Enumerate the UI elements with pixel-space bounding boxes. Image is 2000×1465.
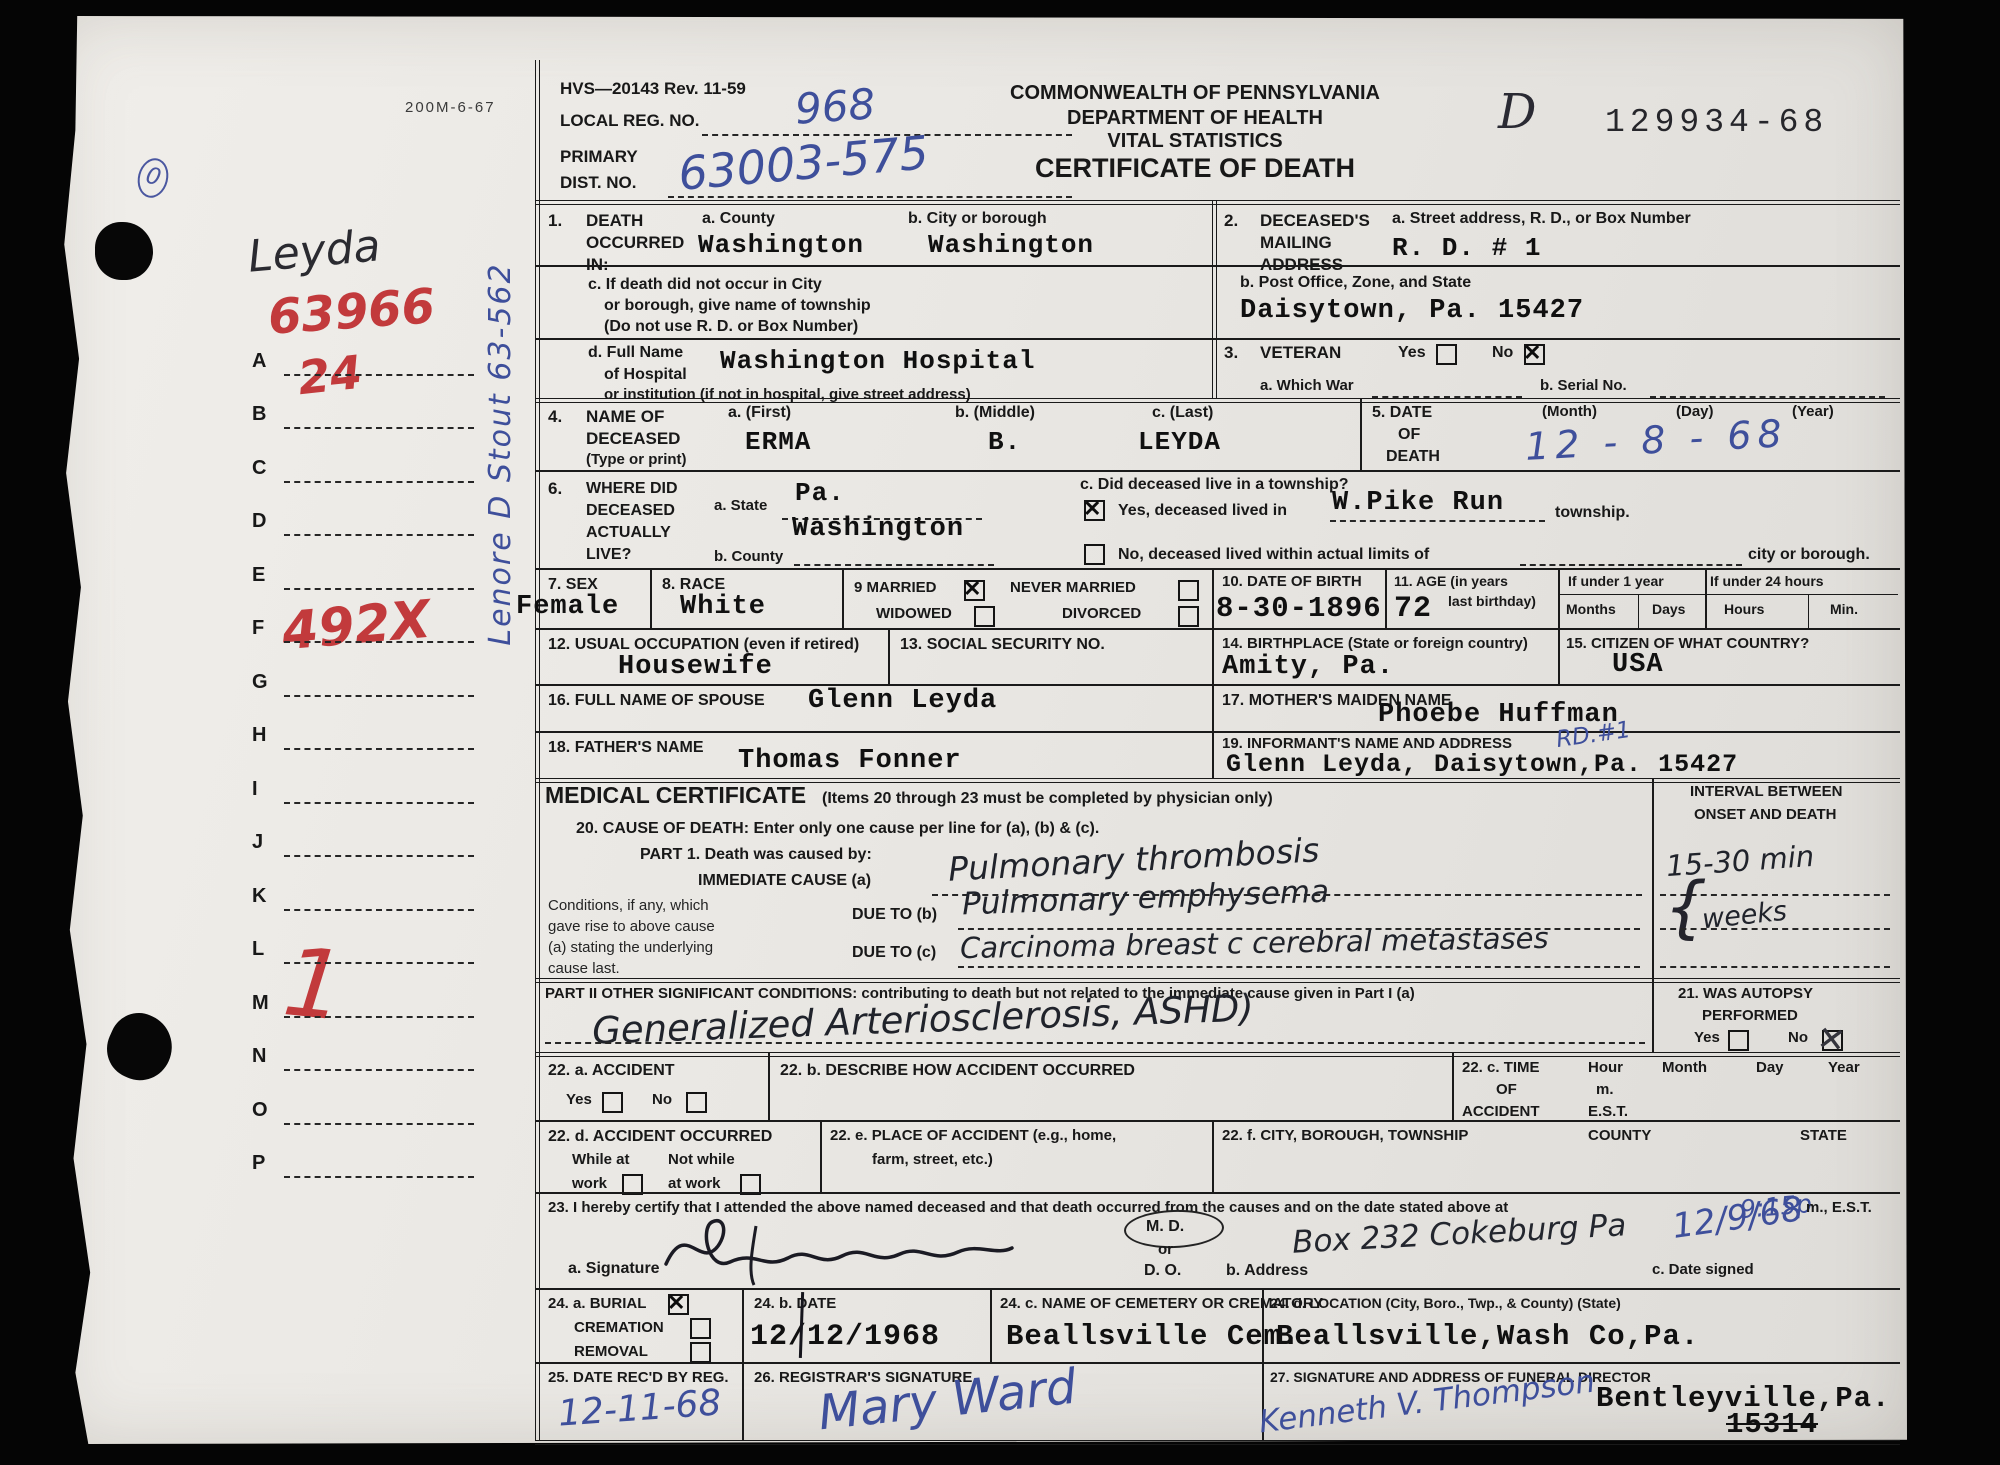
township-no-label: No, deceased lived within actual limits … bbox=[1118, 546, 1429, 564]
index-letter: B bbox=[252, 403, 266, 425]
hours-label: Hours bbox=[1724, 602, 1764, 617]
age-label: 11. AGE (in years bbox=[1394, 574, 1508, 589]
autopsy-yes-label: Yes bbox=[1694, 1030, 1720, 1047]
rule bbox=[535, 1192, 1900, 1194]
veteran-yes-checkbox bbox=[1436, 344, 1457, 365]
org-line-3: VITAL STATISTICS bbox=[960, 130, 1430, 152]
rule bbox=[1212, 265, 1900, 267]
county-label: a. County bbox=[702, 210, 775, 228]
never-married-label: NEVER MARRIED bbox=[1010, 580, 1136, 597]
under-24-hours-label: If under 24 hours bbox=[1710, 574, 1824, 589]
rule bbox=[1705, 594, 1898, 595]
autopsy-label: 21. WAS AUTOPSY bbox=[1678, 986, 1813, 1003]
rule bbox=[768, 1052, 770, 1120]
rule bbox=[535, 628, 1900, 630]
red-file-number: 63966 bbox=[266, 278, 436, 346]
index-rule bbox=[284, 641, 474, 643]
s2-num: 2. bbox=[1224, 212, 1238, 231]
index-rule bbox=[284, 1069, 474, 1071]
part2-rule bbox=[545, 1042, 1645, 1044]
rule bbox=[535, 1440, 1900, 1445]
rule bbox=[535, 1052, 1900, 1057]
index-rule bbox=[284, 1123, 474, 1125]
township-yes-checkbox bbox=[1084, 500, 1105, 521]
rule bbox=[742, 1288, 744, 1362]
citizen-label: 15. CITIZEN OF WHAT COUNTRY? bbox=[1566, 636, 1809, 653]
index-letter: H bbox=[252, 724, 266, 746]
cause-of-death-label: 20. CAUSE OF DEATH: Enter only one cause… bbox=[576, 820, 1099, 838]
accident-city-label: 22. f. CITY, BOROUGH, TOWNSHIP bbox=[1222, 1128, 1468, 1145]
conditions-label: cause last. bbox=[548, 961, 620, 978]
s5-label: OF bbox=[1398, 426, 1420, 444]
certificate-title: CERTIFICATE OF DEATH bbox=[960, 154, 1430, 184]
s6-label: DECEASED bbox=[586, 502, 675, 520]
rule bbox=[535, 470, 1900, 472]
time-of-accident-label3: ACCIDENT bbox=[1462, 1104, 1540, 1121]
widowed-checkbox bbox=[974, 606, 995, 627]
hospital-name-value: Washington Hospital bbox=[720, 346, 1035, 376]
index-rule bbox=[284, 695, 474, 697]
burial-label: 24. a. BURIAL bbox=[548, 1296, 646, 1313]
rule bbox=[742, 1362, 744, 1440]
township-no-checkbox bbox=[1084, 544, 1105, 565]
s1c-label: (Do not use R. D. or Box Number) bbox=[604, 318, 858, 336]
veteran-no-checkbox bbox=[1524, 344, 1545, 365]
day-label: Day bbox=[1756, 1060, 1784, 1077]
veteran-no-label: No bbox=[1492, 344, 1513, 362]
city-borough-label: b. City or borough bbox=[908, 210, 1047, 228]
index-letter: G bbox=[252, 671, 268, 693]
dist-no-label: DIST. NO. bbox=[560, 174, 637, 193]
not-while-label: Not while bbox=[668, 1152, 735, 1169]
index-rule bbox=[284, 962, 474, 964]
due-to-c-label: DUE TO (c) bbox=[852, 944, 936, 962]
index-letter: C bbox=[252, 457, 266, 479]
rule bbox=[842, 568, 844, 628]
first-name-value: ERMA bbox=[745, 427, 811, 457]
certify-time-suffix: m., E.S.T. bbox=[1806, 1200, 1872, 1217]
index-letter: F bbox=[252, 617, 264, 639]
index-letter: A bbox=[252, 350, 266, 372]
month-label: Month bbox=[1662, 1060, 1707, 1077]
m-label: m. bbox=[1596, 1082, 1614, 1099]
autopsy-no-label: No bbox=[1788, 1030, 1808, 1047]
rule bbox=[535, 338, 1212, 340]
min-label: Min. bbox=[1830, 602, 1858, 617]
describe-accident-label: 22. b. DESCRIBE HOW ACCIDENT OCCURRED bbox=[780, 1062, 1135, 1080]
index-letter: K bbox=[252, 885, 266, 907]
rule bbox=[1212, 731, 1214, 778]
punch-hole-top bbox=[95, 222, 153, 280]
race-label: 8. RACE bbox=[662, 576, 725, 594]
cremation-checkbox bbox=[690, 1318, 711, 1339]
age-value: 72 bbox=[1394, 592, 1432, 626]
s2-label: MAILING bbox=[1260, 234, 1332, 253]
father-name-value: Thomas Fonner bbox=[738, 746, 962, 776]
rule bbox=[535, 568, 1900, 570]
or-label: or bbox=[1158, 1242, 1173, 1259]
index-rule bbox=[284, 374, 474, 376]
sex-value: Female bbox=[516, 592, 619, 622]
rule bbox=[1360, 398, 1362, 470]
post-office-label: b. Post Office, Zone, and State bbox=[1240, 274, 1471, 292]
sex-label: 7. SEX bbox=[548, 576, 598, 594]
rule bbox=[1808, 594, 1809, 628]
married-label: 9 MARRIED bbox=[854, 580, 937, 597]
part1-label: PART 1. Death was caused by: bbox=[640, 846, 872, 864]
s4-label: NAME OF bbox=[586, 408, 664, 427]
accident-county-label: COUNTY bbox=[1588, 1128, 1651, 1145]
township-suffix-label: township. bbox=[1555, 504, 1630, 522]
scanned-death-certificate: 200M-6-67 0 Leyda 63966 24 492X 1 Lenore… bbox=[0, 0, 2000, 1465]
autopsy-yes-checkbox bbox=[1728, 1030, 1749, 1051]
rule bbox=[820, 1120, 822, 1192]
occupation-label: 12. USUAL OCCUPATION (even if retired) bbox=[548, 636, 859, 654]
days-label: Days bbox=[1652, 602, 1685, 617]
index-letter: M bbox=[252, 992, 269, 1014]
index-rule bbox=[284, 1176, 474, 1178]
rule bbox=[888, 628, 890, 684]
first-name-label: a. (First) bbox=[728, 404, 791, 422]
rule bbox=[650, 568, 652, 628]
accident-state-label: STATE bbox=[1800, 1128, 1847, 1145]
org-line-2: DEPARTMENT OF HEALTH bbox=[960, 107, 1430, 129]
est-label: E.S.T. bbox=[1588, 1104, 1628, 1121]
city-limits-rule bbox=[1520, 564, 1742, 566]
rule bbox=[1558, 628, 1560, 684]
last-name-value: LEYDA bbox=[1138, 427, 1221, 457]
cremation-label: CREMATION bbox=[574, 1320, 664, 1337]
s1d-label: of Hospital bbox=[604, 366, 687, 384]
s4-label: DECEASED bbox=[586, 430, 680, 449]
middle-name-value: B. bbox=[988, 427, 1021, 457]
rule bbox=[535, 978, 1900, 983]
form-code: HVS—20143 Rev. 11-59 bbox=[560, 80, 746, 99]
local-reg-value: 968 bbox=[793, 79, 876, 133]
spouse-label: 16. FULL NAME OF SPOUSE bbox=[548, 692, 765, 710]
interval-label-2: ONSET AND DEATH bbox=[1694, 807, 1837, 824]
immediate-cause-label: IMMEDIATE CAUSE (a) bbox=[698, 872, 871, 890]
hour-label: Hour bbox=[1588, 1060, 1623, 1077]
father-name-label: 18. FATHER'S NAME bbox=[548, 739, 704, 757]
divorced-checkbox bbox=[1178, 606, 1199, 627]
index-rule bbox=[284, 802, 474, 804]
rule bbox=[1212, 628, 1214, 684]
burial-location-label: 24. d. LOCATION (City, Boro., Twp., & Co… bbox=[1270, 1296, 1621, 1311]
s1d-label: d. Full Name bbox=[588, 344, 683, 362]
certificate-file-number: 129934-68 bbox=[1605, 104, 1828, 141]
form-left-border bbox=[535, 60, 540, 1440]
s1-label: DEATH bbox=[586, 212, 643, 231]
ssn-label: 13. SOCIAL SECURITY NO. bbox=[900, 636, 1105, 654]
time-of-accident-label2: OF bbox=[1496, 1082, 1517, 1099]
never-married-checkbox bbox=[1178, 580, 1199, 601]
rule bbox=[535, 200, 1900, 205]
informant-value: Glenn Leyda, Daisytown,Pa. 15427 bbox=[1226, 750, 1738, 779]
autopsy-label2: PERFORMED bbox=[1702, 1008, 1798, 1025]
rule bbox=[1652, 778, 1654, 1052]
cause-c-rule bbox=[958, 966, 1640, 968]
township-value: W.Pike Run bbox=[1332, 488, 1504, 518]
rule bbox=[535, 1120, 1900, 1122]
signature-label: a. Signature bbox=[568, 1260, 660, 1278]
org-line-1: COMMONWEALTH OF PENNSYLVANIA bbox=[960, 82, 1430, 104]
conditions-label: Conditions, if any, which bbox=[548, 898, 709, 915]
physician-address-label: b. Address bbox=[1226, 1262, 1308, 1280]
rule bbox=[1385, 568, 1387, 628]
street-address-value: R. D. # 1 bbox=[1392, 233, 1541, 263]
middle-name-label: b. (Middle) bbox=[955, 404, 1035, 422]
stamp-letter: D bbox=[1498, 84, 1536, 140]
birthplace-value: Amity, Pa. bbox=[1222, 652, 1394, 682]
rule bbox=[990, 1288, 992, 1362]
post-office-value: Daisytown, Pa. 15427 bbox=[1240, 296, 1584, 326]
accident-yes-checkbox bbox=[602, 1092, 623, 1113]
county-residence-value: Washington bbox=[792, 514, 964, 544]
township-rule bbox=[1330, 520, 1545, 522]
veteran-label: VETERAN bbox=[1260, 344, 1341, 363]
year-label: Year bbox=[1828, 1060, 1860, 1077]
birthplace-label: 14. BIRTHPLACE (State or foreign country… bbox=[1222, 636, 1528, 653]
rule bbox=[1452, 1052, 1454, 1120]
under-one-year-label: If under 1 year bbox=[1568, 574, 1664, 589]
interval-c-rule bbox=[1660, 966, 1890, 968]
township-question-label: c. Did deceased live in a township? bbox=[1080, 476, 1349, 494]
s3-num: 3. bbox=[1224, 344, 1238, 363]
rule bbox=[535, 1362, 1900, 1364]
cemetery-value: Beallsville Cem. bbox=[1006, 1320, 1300, 1353]
work-label: work bbox=[572, 1176, 607, 1193]
death-county-value: Washington bbox=[698, 230, 864, 260]
street-address-label: a. Street address, R. D., or Box Number bbox=[1392, 210, 1691, 228]
place-of-accident-label2: farm, street, etc.) bbox=[872, 1152, 993, 1169]
time-of-accident-label: 22. c. TIME bbox=[1462, 1060, 1540, 1077]
local-reg-label: LOCAL REG. NO. bbox=[560, 112, 699, 131]
place-of-accident-label: 22. e. PLACE OF ACCIDENT (e.g., home, bbox=[830, 1128, 1116, 1145]
interval-label-1: INTERVAL BETWEEN bbox=[1690, 784, 1843, 801]
s1-num: 1. bbox=[548, 212, 562, 231]
county-residence-label: b. County bbox=[714, 549, 783, 566]
index-rule bbox=[284, 909, 474, 911]
months-label: Months bbox=[1566, 602, 1616, 617]
rule bbox=[1705, 568, 1707, 628]
rule bbox=[1212, 684, 1214, 731]
index-letter: P bbox=[252, 1152, 265, 1174]
date-of-birth-label: 10. DATE OF BIRTH bbox=[1222, 574, 1362, 591]
s2-label: DECEASED'S bbox=[1260, 212, 1370, 231]
index-rule bbox=[284, 481, 474, 483]
index-letter: D bbox=[252, 510, 266, 532]
date-of-birth-value: 8-30-1896 bbox=[1216, 592, 1382, 625]
funeral-director-zip: 15314 bbox=[1726, 1408, 1818, 1441]
rule bbox=[1212, 338, 1900, 340]
s6-label: ACTUALLY bbox=[586, 524, 671, 542]
county-residence-rule bbox=[794, 564, 994, 566]
at-work-label: at work bbox=[668, 1176, 721, 1193]
accident-no-checkbox bbox=[686, 1092, 707, 1113]
s4-num: 4. bbox=[548, 408, 562, 427]
s1c-label: c. If death did not occur in City bbox=[588, 276, 822, 294]
married-checkbox bbox=[964, 580, 985, 601]
index-letter: J bbox=[252, 831, 263, 853]
rule bbox=[535, 731, 1900, 733]
rule bbox=[1558, 594, 1705, 595]
index-rule bbox=[284, 588, 474, 590]
index-letter: E bbox=[252, 564, 265, 586]
vertical-registrar-note: Lenore D Stout 63-562 bbox=[483, 124, 527, 784]
s5-label: 5. DATE bbox=[1372, 404, 1432, 422]
s1c-label: or borough, give name of township bbox=[604, 297, 871, 315]
race-value: White bbox=[680, 592, 766, 622]
removal-label: REMOVAL bbox=[574, 1344, 648, 1361]
date-signed-label: c. Date signed bbox=[1652, 1262, 1754, 1279]
interval-b-rule bbox=[1660, 928, 1890, 930]
do-label: D. O. bbox=[1144, 1262, 1181, 1280]
burial-checkbox bbox=[668, 1294, 689, 1315]
rule bbox=[1212, 568, 1214, 628]
rule bbox=[535, 684, 1900, 686]
index-letter: L bbox=[252, 938, 264, 960]
primary-label: PRIMARY bbox=[560, 148, 638, 167]
year-label: (Year) bbox=[1792, 404, 1834, 421]
s6-label: LIVE? bbox=[586, 546, 631, 564]
red-tally-mark: 1 bbox=[278, 927, 350, 1043]
due-to-b-label: DUE TO (b) bbox=[852, 906, 937, 924]
burial-date-value: 12/12/1968 bbox=[750, 1320, 940, 1354]
township-yes-label: Yes, deceased lived in bbox=[1118, 502, 1287, 520]
s1-label: OCCURRED bbox=[586, 234, 684, 253]
burial-location-value: Beallsville,Wash Co,Pa. bbox=[1276, 1320, 1699, 1353]
conditions-label: gave rise to above cause bbox=[548, 919, 715, 936]
rule bbox=[1638, 594, 1639, 628]
rule bbox=[535, 265, 1212, 267]
divorced-label: DIVORCED bbox=[1062, 606, 1141, 623]
circled-number-text: 0 bbox=[143, 163, 163, 192]
autopsy-no-checkbox bbox=[1822, 1030, 1843, 1051]
s5-label: DEATH bbox=[1386, 448, 1440, 466]
accident-yes-label: Yes bbox=[566, 1092, 592, 1109]
state-value: Pa. bbox=[795, 478, 845, 508]
rule bbox=[1212, 200, 1217, 398]
index-rule bbox=[284, 855, 474, 857]
city-borough-suffix-label: city or borough. bbox=[1748, 546, 1870, 564]
md-label: M. D. bbox=[1146, 1218, 1184, 1236]
medical-certificate-subtitle: (Items 20 through 23 must be completed b… bbox=[822, 790, 1273, 808]
accident-no-label: No bbox=[652, 1092, 672, 1109]
citizen-value: USA bbox=[1612, 650, 1664, 680]
occupation-value: Housewife bbox=[618, 652, 773, 682]
month-label: (Month) bbox=[1542, 404, 1597, 421]
index-letter: N bbox=[252, 1045, 266, 1067]
s4-label: (Type or print) bbox=[586, 452, 687, 469]
while-at-label: While at bbox=[572, 1152, 630, 1169]
medical-certificate-title: MEDICAL CERTIFICATE bbox=[545, 783, 806, 808]
serial-no-label: b. Serial No. bbox=[1540, 378, 1627, 395]
age-label2: last birthday) bbox=[1448, 594, 1536, 609]
index-letter: I bbox=[252, 778, 258, 800]
index-rule bbox=[284, 748, 474, 750]
which-war-label: a. Which War bbox=[1260, 378, 1354, 395]
state-label: a. State bbox=[714, 498, 767, 515]
accident-occurred-label: 22. d. ACCIDENT OCCURRED bbox=[548, 1128, 772, 1146]
index-rule bbox=[284, 1016, 474, 1018]
index-letter: O bbox=[252, 1099, 268, 1121]
rule bbox=[535, 1288, 1900, 1290]
index-rule bbox=[284, 427, 474, 429]
last-name-label: c. (Last) bbox=[1152, 404, 1213, 422]
rule bbox=[1558, 568, 1560, 628]
index-rule bbox=[284, 534, 474, 536]
removal-checkbox bbox=[690, 1342, 711, 1363]
burial-date-label: 24. b. DATE bbox=[754, 1296, 836, 1313]
accident-label: 22. a. ACCIDENT bbox=[548, 1062, 675, 1080]
widowed-label: WIDOWED bbox=[876, 606, 952, 623]
conditions-label: (a) stating the underlying bbox=[548, 940, 713, 957]
death-city-value: Washington bbox=[928, 230, 1094, 260]
s6-num: 6. bbox=[548, 480, 562, 499]
physician-signature bbox=[660, 1206, 1020, 1286]
veteran-yes-label: Yes bbox=[1398, 344, 1426, 362]
s6-label: WHERE DID bbox=[586, 480, 678, 498]
print-run-code: 200M-6-67 bbox=[405, 100, 496, 117]
spouse-value: Glenn Leyda bbox=[808, 686, 997, 716]
rule bbox=[1212, 1120, 1214, 1192]
